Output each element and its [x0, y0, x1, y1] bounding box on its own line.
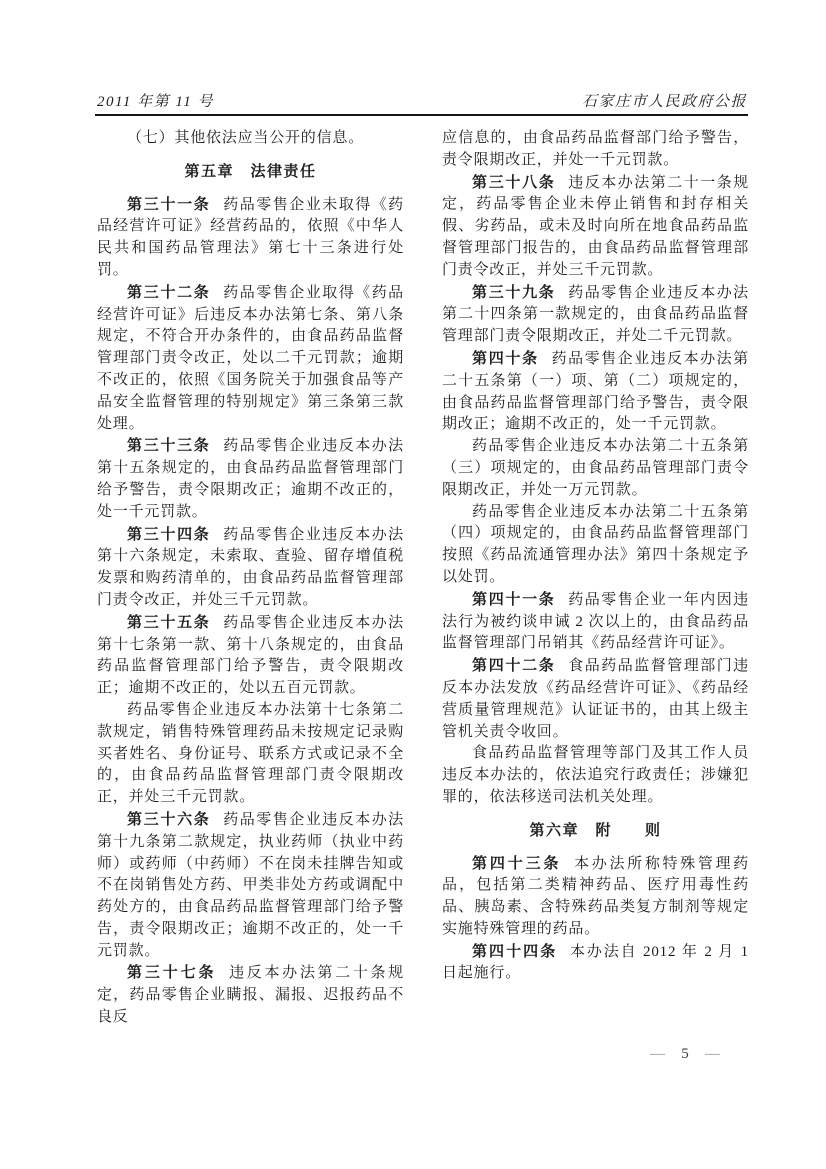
article-number: 第三十六条	[127, 811, 210, 828]
article-paragraph: 第三十四条药品零售企业违反本办法第十六条规定，未索取、查验、留存增值税发票和购药…	[97, 524, 404, 612]
article-number: 第三十七条	[127, 964, 216, 981]
article-number: 第三十八条	[472, 174, 555, 191]
folio-dash-left: —	[650, 1046, 665, 1063]
article-number: 第三十一条	[127, 196, 210, 213]
article-number: 第三十四条	[127, 526, 210, 543]
article-paragraph: 第四十二条食品药品监督管理部门违反本办法发放《药品经营许可证》、《药品经营质量管…	[442, 655, 749, 743]
article-paragraph: 第三十二条药品零售企业取得《药品经营许可证》后违反本办法第七条、第八条规定，不符…	[97, 282, 404, 436]
issue-number: 2011 年第 11 号	[97, 90, 214, 111]
clause-paragraph: 食品药品监督管理等部门及其工作人员违反本办法的，依法追究行政责任；涉嫌犯罪的，依…	[442, 743, 749, 808]
article-number: 第三十九条	[472, 284, 555, 301]
chapter-heading: 第六章 附 则	[442, 820, 749, 842]
left-column: （七）其他依法应当公开的信息。第五章 法律责任第三十一条药品零售企业未取得《药品…	[97, 128, 404, 1029]
header-divider-rule	[95, 114, 748, 116]
article-number: 第四十条	[472, 350, 539, 367]
article-number: 第四十一条	[472, 591, 555, 608]
article-paragraph: 第三十五条药品零售企业违反本办法第十七条第一款、第十八条规定的，由食品药品监督管…	[97, 612, 404, 700]
document-body: （七）其他依法应当公开的信息。第五章 法律责任第三十一条药品零售企业未取得《药品…	[97, 128, 749, 1029]
article-paragraph: 第四十条药品零售企业违反本办法第二十五条第（一）项、第（二）项规定的，由食品药品…	[442, 348, 749, 436]
article-number: 第三十二条	[127, 284, 210, 301]
clause-paragraph: 药品零售企业违反本办法第二十五条第（四）项规定的，由食品药品监督管理部门按照《药…	[442, 502, 749, 589]
article-paragraph: 第三十八条违反本办法第二十一条规定，药品零售企业未停止销售和封存相关假、劣药品，…	[442, 172, 749, 282]
article-number: 第四十二条	[472, 657, 555, 674]
right-column: 应信息的，由食品药品监督部门给予警告，责令限期改正，并处一千元罚款。第三十八条违…	[442, 128, 749, 1029]
publication-title: 石家庄市人民政府公报	[582, 90, 747, 111]
page-number: 5	[681, 1046, 689, 1063]
continuation-paragraph: 应信息的，由食品药品监督部门给予警告，责令限期改正，并处一千元罚款。	[442, 128, 749, 172]
article-number: 第四十三条	[472, 855, 561, 872]
page-folio: — 5 —	[650, 1046, 720, 1063]
clause-paragraph: 药品零售企业违反本办法第十七条第二款规定，销售特殊管理药品未按规定记录购买者姓名…	[97, 700, 404, 809]
clause-paragraph: （七）其他依法应当公开的信息。	[97, 128, 404, 150]
article-paragraph: 第三十一条药品零售企业未取得《药品经营许可证》经营药品的，依照《中华人民共和国药…	[97, 194, 404, 282]
article-paragraph: 第四十三条本办法所称特殊管理药品，包括第二类精神药品、医疗用毒性药品、胰岛素、含…	[442, 853, 749, 941]
clause-paragraph: 药品零售企业违反本办法第二十五条第（三）项规定的，由食品药品管理部门责令限期改正…	[442, 436, 749, 501]
article-number: 第三十三条	[127, 437, 210, 454]
folio-dash-right: —	[705, 1046, 720, 1063]
article-paragraph: 第四十一条药品零售企业一年内因违法行为被约谈申诫 2 次以上的，由食品药品监督管…	[442, 589, 749, 655]
gazette-page: 2011 年第 11 号 石家庄市人民政府公报 （七）其他依法应当公开的信息。第…	[0, 0, 826, 1169]
article-paragraph: 第三十九条药品零售企业违反本办法第二十四条第一款规定的，由食品药品监督管理部门责…	[442, 282, 749, 348]
article-paragraph: 第四十四条本办法自 2012 年 2 月 1 日起施行。	[442, 941, 749, 986]
article-paragraph: 第三十三条药品零售企业违反本办法第十五条规定的，由食品药品监督管理部门给予警告，…	[97, 435, 404, 523]
article-number: 第三十五条	[127, 614, 210, 631]
chapter-heading: 第五章 法律责任	[97, 161, 404, 183]
article-number: 第四十四条	[472, 943, 557, 960]
article-paragraph: 第三十七条违反本办法第二十条规定，药品零售企业瞒报、漏报、迟报药品不良反	[97, 962, 404, 1028]
running-head: 2011 年第 11 号 石家庄市人民政府公报	[97, 90, 747, 111]
article-paragraph: 第三十六条药品零售企业违反本办法第十九条第二款规定，执业药师（执业中药师）或药师…	[97, 809, 404, 963]
